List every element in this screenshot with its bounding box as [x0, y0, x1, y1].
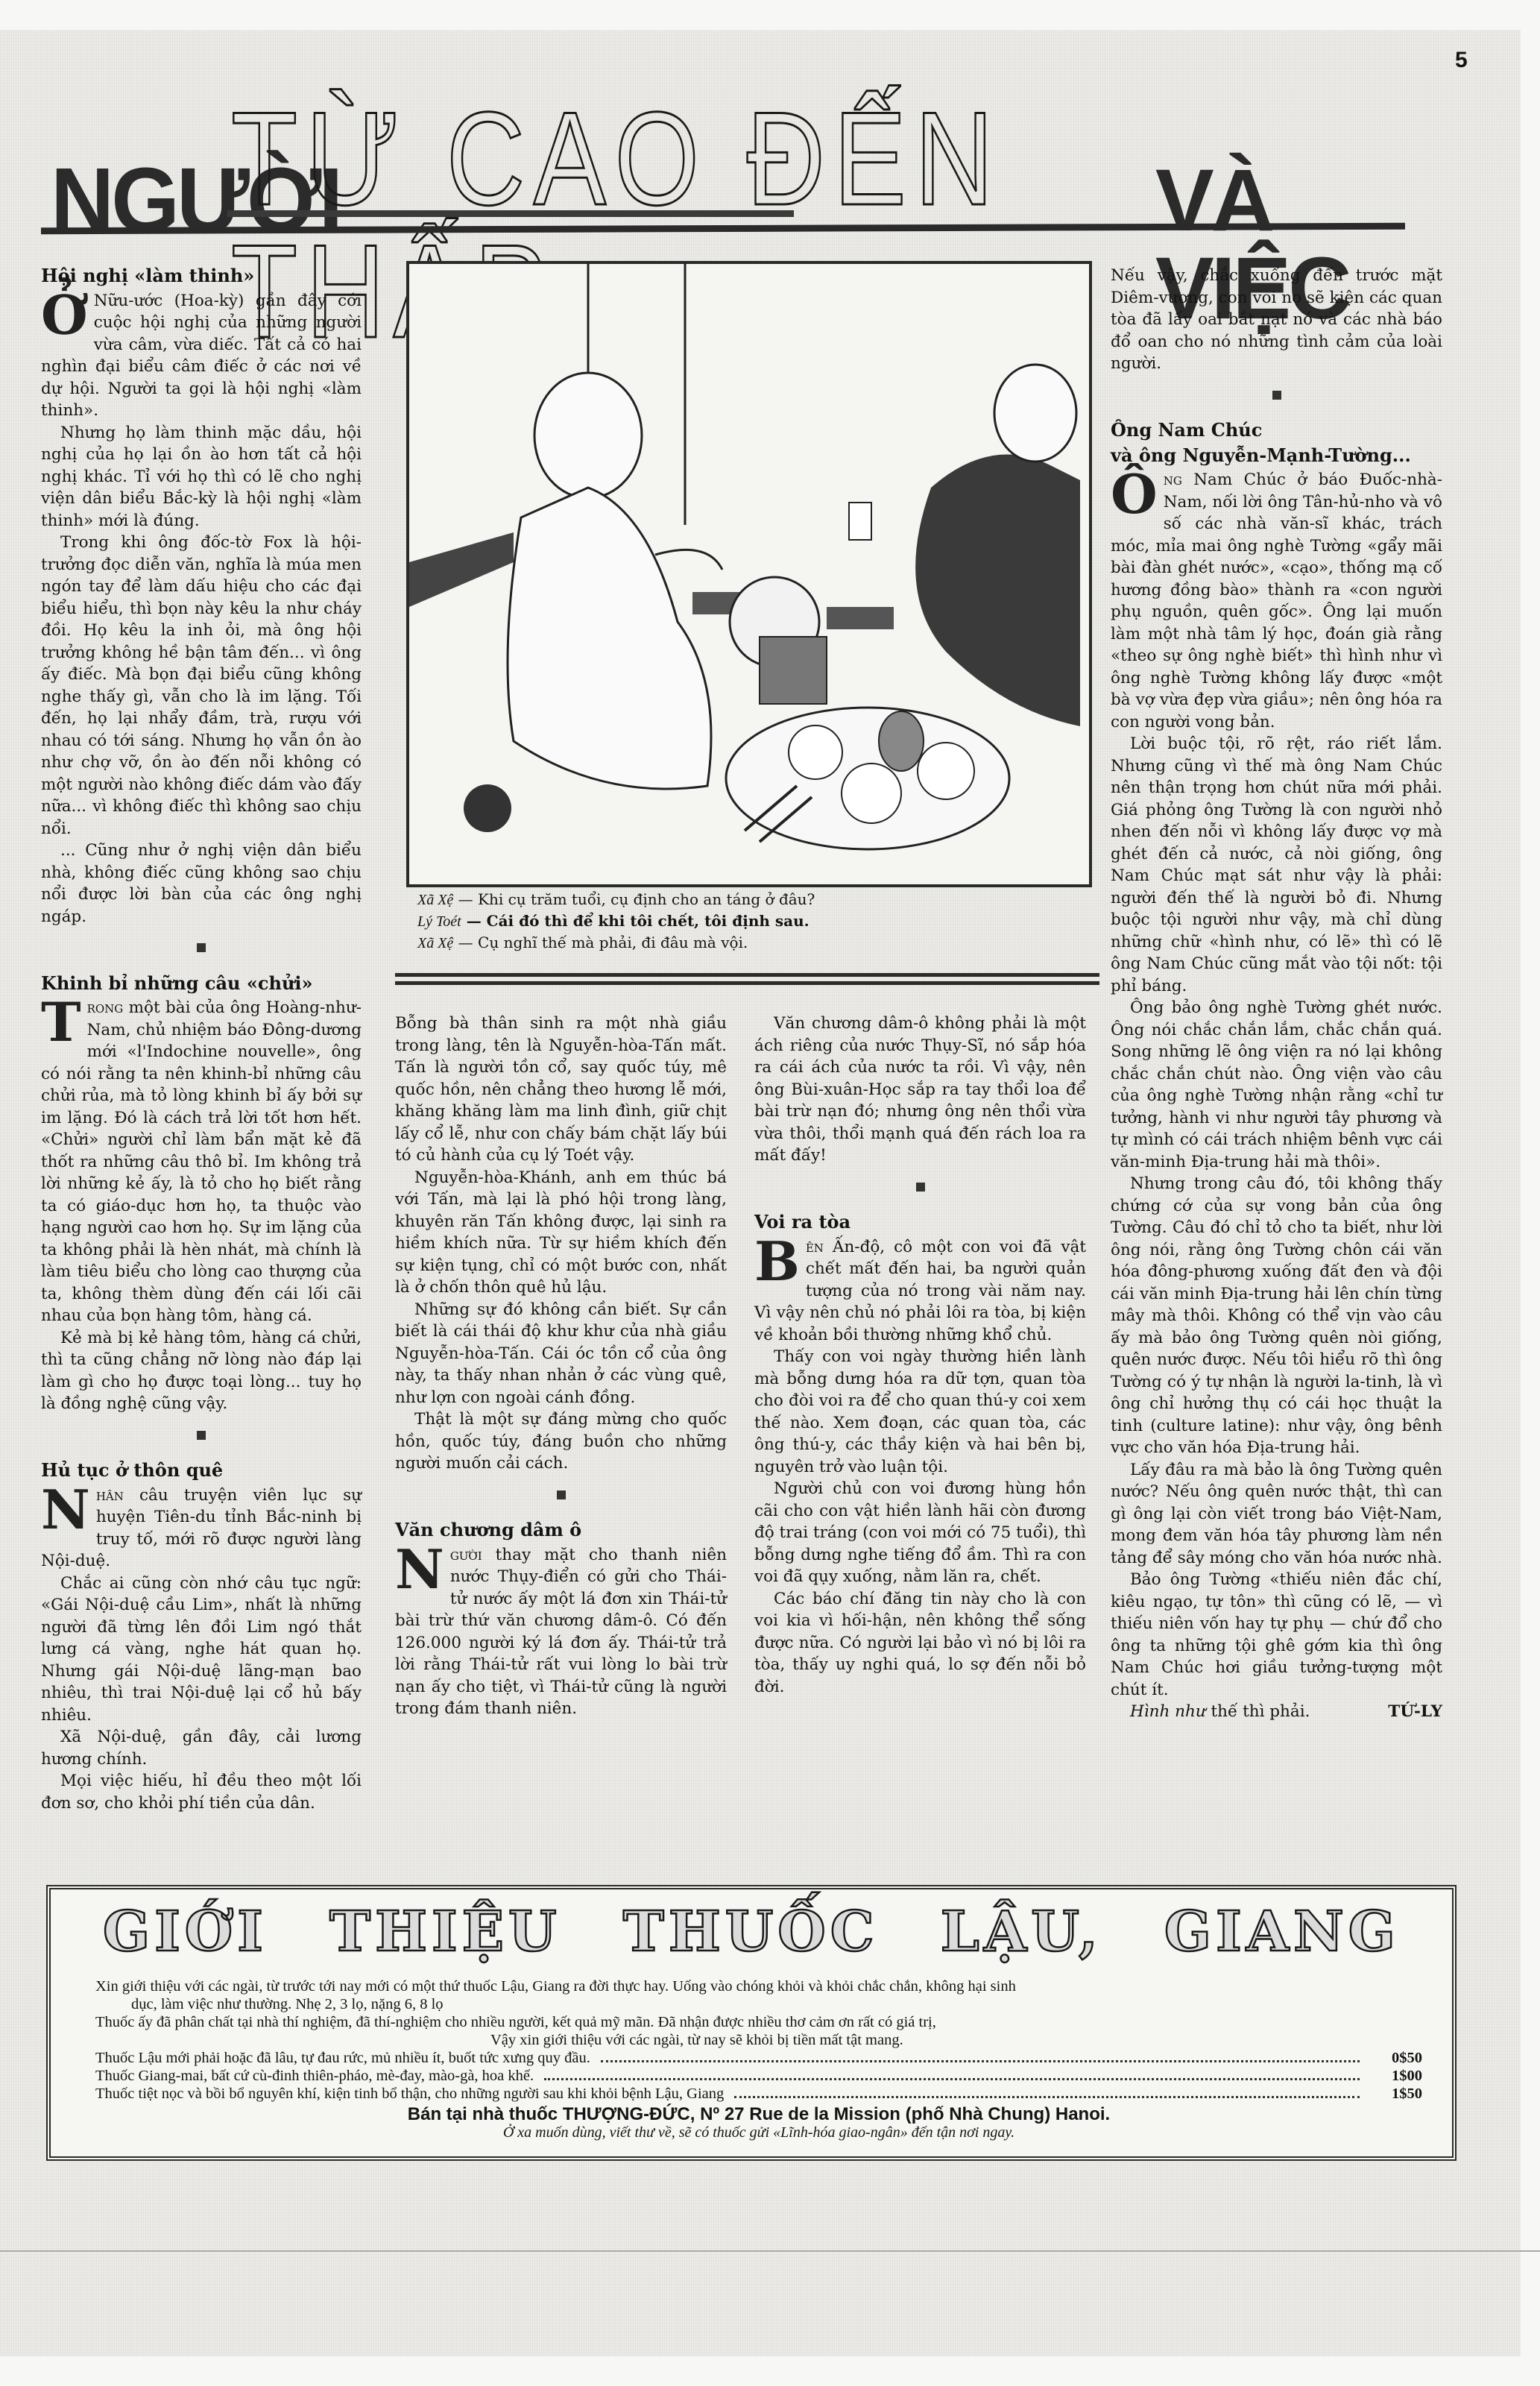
- page-number: 5: [1455, 48, 1468, 73]
- ad-body: Xin giới thiệu với các ngài, từ trước tớ…: [95, 1977, 1422, 2141]
- ad-price-row: Thuốc Lậu mới phải hoặc đã lâu, tự đau r…: [95, 2049, 1422, 2067]
- article-title: Hủ tục ở thôn quê: [41, 1459, 362, 1482]
- price: 1$00: [1370, 2067, 1422, 2085]
- column-3: Văn chương dâm-ô không phải là một ách r…: [754, 1013, 1086, 1698]
- page-bottom-rule: [0, 2250, 1540, 2252]
- article-title: Văn chương dâm ô: [395, 1519, 727, 1541]
- dropcap: T: [41, 1000, 81, 1045]
- ornament-divider: [41, 1424, 362, 1447]
- divider-rule: [395, 973, 1099, 977]
- article-hoi-nghi: Hội nghị «làm thinh» ỞNữu-ước (Hoa-kỳ) g…: [41, 265, 362, 928]
- article-voi-ra-toa: Voi ra tòa Bên Ấn-độ, cô một con voi đã …: [754, 1211, 1086, 1698]
- ornament-divider: [41, 937, 362, 959]
- dropcap: Ở: [41, 293, 88, 338]
- dropcap: N: [395, 1547, 444, 1592]
- column-2: Bỗng bà thân sinh ra một nhà giầu trong …: [395, 1013, 727, 1720]
- column-4: Nếu vậy, chắc xuống đến trước mặt Diêm-v…: [1111, 265, 1442, 1723]
- article-title: Ông Nam Chúc: [1111, 419, 1442, 441]
- ad-price-row: Thuốc Giang-mai, bất cứ cù-đinh thiên-ph…: [95, 2067, 1422, 2085]
- dropcap: B: [754, 1239, 800, 1284]
- author-signature: TỨ-LY: [1388, 1701, 1442, 1723]
- article-title: Khinh bỉ những câu «chửi»: [41, 972, 362, 995]
- ornament-divider: [395, 1484, 727, 1506]
- ornament-divider: [1111, 384, 1442, 406]
- column-1: Hội nghị «làm thinh» ỞNữu-ước (Hoa-kỳ) g…: [41, 265, 362, 1814]
- masthead-rule-short: [227, 210, 794, 217]
- price: 1$50: [1370, 2085, 1422, 2103]
- article-hu-tuc: Hủ tục ở thôn quê Nhân câu truyện viên l…: [41, 1459, 362, 1814]
- divider-rule: [395, 981, 1099, 985]
- ad-store-address: Bán tại nhà thuốc THƯỢNG-ĐỨC, Nº 27 Rue …: [95, 2106, 1422, 2124]
- caption-speaker: Lý Toét: [417, 913, 461, 930]
- cartoon-caption: Xã Xệ — Khi cụ trăm tuổi, cụ định cho an…: [417, 889, 1088, 954]
- article-title: Voi ra tòa: [754, 1211, 1086, 1233]
- ad-note: Ở xa muốn dùng, viết thư về, sẽ có thuốc…: [95, 2124, 1422, 2141]
- article-title: Hội nghị «làm thinh»: [41, 265, 362, 287]
- dropcap: N: [41, 1488, 90, 1532]
- ad-headline: GIỚI THIỆU THUỐC LẬU, GIANG: [103, 1900, 1400, 1964]
- cartoon-illustration: [406, 261, 1092, 887]
- ornament-divider: [754, 1176, 1086, 1198]
- caption-speaker: Xã Xệ: [417, 892, 453, 908]
- price: 0$50: [1370, 2049, 1422, 2067]
- advertisement-box: GIỚI THIỆU THUỐC LẬU, GIANG Xin giới thi…: [46, 1885, 1457, 2161]
- article-khinh-bi: Khinh bỉ những câu «chửi» Trong một bài …: [41, 972, 362, 1415]
- ad-price-row: Thuốc tiệt nọc và bồi bổ nguyên khí, kiệ…: [95, 2085, 1422, 2103]
- article-van-chuong: Văn chương dâm ô Người thay mặt cho than…: [395, 1519, 727, 1720]
- dropcap: Ô: [1111, 472, 1158, 517]
- cartoon-drawing: [409, 264, 1089, 884]
- caption-speaker: Xã Xệ: [417, 935, 453, 951]
- article-nam-chuc: Ông Nam Chúc và ông Nguyễn-Mạnh-Tường...…: [1111, 419, 1442, 1723]
- article-subtitle: và ông Nguyễn-Mạnh-Tường...: [1111, 444, 1442, 467]
